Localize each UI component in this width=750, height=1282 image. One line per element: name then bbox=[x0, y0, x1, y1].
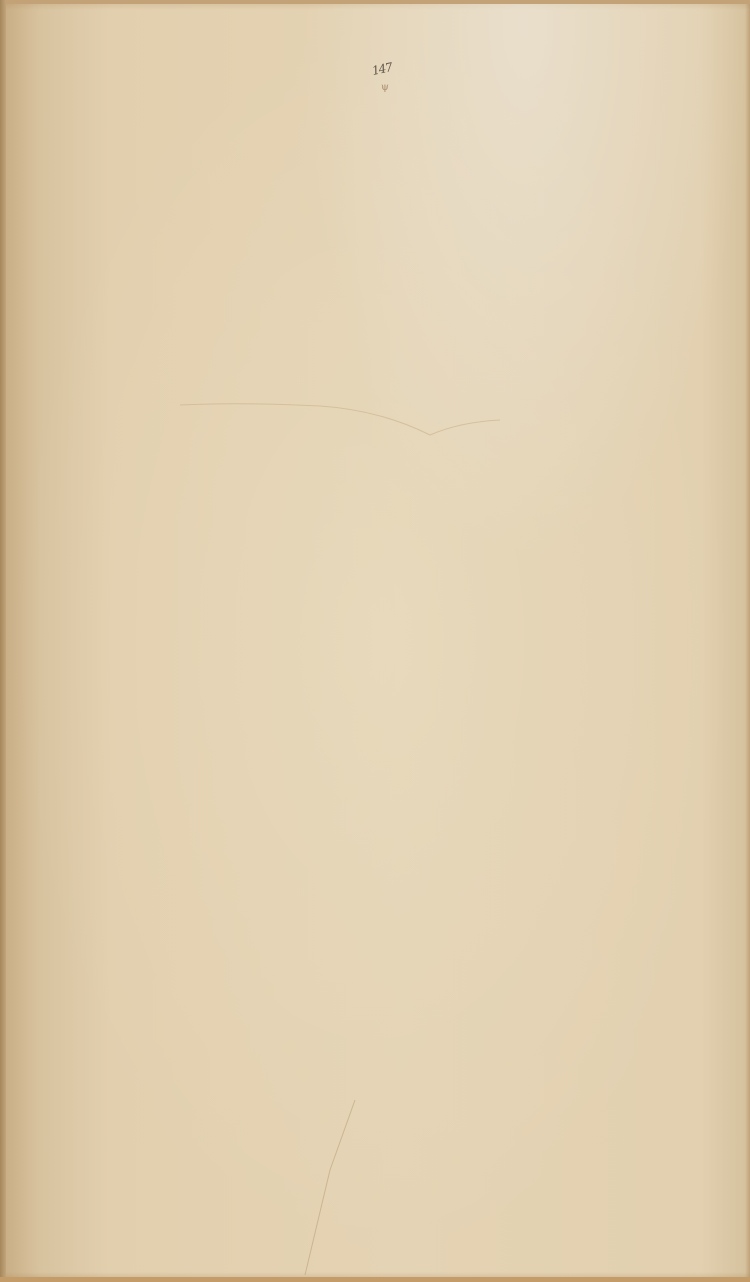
pencil-sub-mark: ψ bbox=[381, 82, 389, 93]
scanned-page: 147 ψ bbox=[0, 0, 750, 1282]
page-number-mark: 147 bbox=[371, 60, 393, 78]
page-top-edge bbox=[0, 0, 750, 4]
paper-scratch bbox=[300, 1100, 360, 1280]
page-left-edge bbox=[0, 0, 6, 1282]
page-bottom-edge bbox=[0, 1277, 750, 1282]
paper-crease bbox=[180, 400, 500, 440]
